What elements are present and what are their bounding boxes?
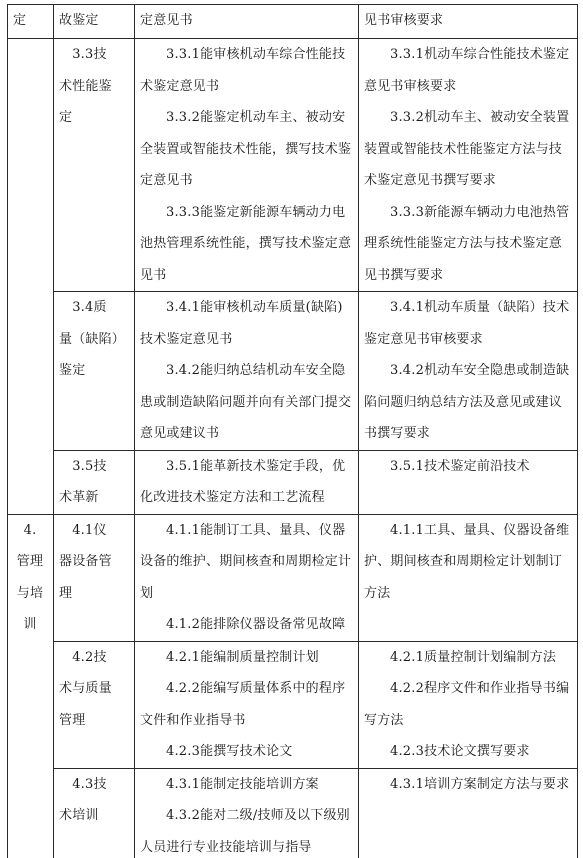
skill-item: 3.3.1能审核机动车综合性能技术鉴定意见书: [140, 39, 353, 102]
knowledge-item: 3.4.1机动车质量（缺陷）技术鉴定意见书审核要求: [364, 292, 572, 355]
skill-item: 4.1.2能排除仪器设备常见故障: [140, 609, 353, 641]
knowledge-item: 4.2.2程序文件和作业指导书编写方法: [364, 673, 572, 736]
unit-cell: 4.3技 术培训: [54, 768, 135, 858]
skills-cell: 4.2.1能编制质量控制计划 4.2.2能编写质量体系中的程序文件和作业指导书 …: [135, 641, 359, 768]
knowledge-cell: 3.3.1机动车综合性能技术鉴定意见书审核要求 3.3.2机动车主、被动安全装置…: [359, 39, 578, 292]
skills-cell: 4.3.1能制定技能培训方案 4.3.2能对二级/技师及以下级别人员进行专业技能…: [135, 768, 359, 858]
knowledge-cell: 3.5.1技术鉴定前沿技术: [359, 450, 578, 514]
header-cell-unit: 故鉴定: [54, 5, 135, 39]
table-row: 4. 管理 与培 训 4.1仪 器设备管 理 4.1.1能制订工具、量具、仪器设…: [8, 514, 578, 641]
skill-item: 4.2.3能撰写技术论文: [140, 736, 353, 768]
unit-line: 鉴定: [59, 355, 129, 387]
knowledge-item: 3.5.1技术鉴定前沿技术: [364, 451, 572, 483]
knowledge-cell: 4.3.1培训方案制定方法与要求: [359, 768, 578, 858]
table-row: 3.3技 术性能鉴 定 3.3.1能审核机动车综合性能技术鉴定意见书 3.3.2…: [8, 39, 578, 292]
unit-line: 4.1仪: [59, 515, 129, 547]
unit-line: 术性能鉴: [59, 71, 129, 103]
knowledge-item: 3.4.2机动车安全隐患或制造缺陷问题归纳总结方法及意见或建议书撰写要求: [364, 355, 572, 450]
unit-cell: 4.2技 术与质量 管理: [54, 641, 135, 768]
skill-item: 3.3.3能鉴定新能源车辆动力电池热管理系统性能，撰写技术鉴定意见书: [140, 197, 353, 292]
skills-cell: 3.3.1能审核机动车综合性能技术鉴定意见书 3.3.2能鉴定机动车主、被动安全…: [135, 39, 359, 292]
table-row: 4.2技 术与质量 管理 4.2.1能编制质量控制计划 4.2.2能编写质量体系…: [8, 641, 578, 768]
function-cell-3: [8, 39, 54, 515]
unit-line: 4.3技: [59, 769, 129, 801]
skill-item: 3.3.2能鉴定机动车主、被动安全装置或智能技术性能，撰写技术鉴定意见书: [140, 102, 353, 197]
unit-line: 3.3技: [59, 39, 129, 71]
unit-line: 4.2技: [59, 642, 129, 674]
unit-line: 术与质量: [59, 673, 129, 705]
skills-cell: 4.1.1能制订工具、量具、仪器设备的维护、期间核查和周期检定计划 4.1.2能…: [135, 514, 359, 641]
table-row: 4.3技 术培训 4.3.1能制定技能培训方案 4.3.2能对二级/技师及以下级…: [8, 768, 578, 858]
knowledge-item: 3.3.1机动车综合性能技术鉴定意见书审核要求: [364, 39, 572, 102]
knowledge-item: 4.2.3技术论文撰写要求: [364, 736, 572, 768]
header-cell-function: 定: [8, 5, 54, 39]
unit-line: 术革新: [59, 482, 129, 514]
knowledge-item: 3.3.2机动车主、被动安全装置装置或智能技术性能鉴定方法与技术鉴定意见书撰写要…: [364, 102, 572, 197]
skill-item: 4.3.2能对二级/技师及以下级别人员进行专业技能培训与指导: [140, 800, 353, 858]
unit-line: 术培训: [59, 800, 129, 832]
skill-item: 4.3.1能制定技能培训方案: [140, 769, 353, 801]
unit-cell: 3.3技 术性能鉴 定: [54, 39, 135, 292]
unit-line: 管理: [59, 705, 129, 737]
skill-item: 3.4.1能审核机动车质量(缺陷)技术鉴定意见书: [140, 292, 353, 355]
knowledge-item: 4.2.1质量控制计划编制方法: [364, 642, 572, 674]
function-line: 训: [12, 609, 48, 641]
function-line: 与培: [12, 578, 48, 610]
function-cell-4: 4. 管理 与培 训: [8, 514, 54, 858]
unit-cell: 3.5技 术革新: [54, 450, 135, 514]
skill-item: 4.2.1能编制质量控制计划: [140, 642, 353, 674]
unit-cell: 3.4质 量（缺陷） 鉴定: [54, 292, 135, 451]
knowledge-cell: 4.2.1质量控制计划编制方法 4.2.2程序文件和作业指导书编写方法 4.2.…: [359, 641, 578, 768]
header-cell-knowledge: 见书审核要求: [359, 5, 578, 39]
unit-line: 定: [59, 102, 129, 134]
table-row: 3.5技 术革新 3.5.1能革新技术鉴定手段，优化改进技术鉴定方法和工艺流程 …: [8, 450, 578, 514]
knowledge-item: 4.3.1培训方案制定方法与要求: [364, 769, 572, 801]
unit-line: 量（缺陷）: [59, 324, 129, 356]
function-line: 管理: [12, 546, 48, 578]
table-row: 3.4质 量（缺陷） 鉴定 3.4.1能审核机动车质量(缺陷)技术鉴定意见书 3…: [8, 292, 578, 451]
standards-table: 定 故鉴定 定意见书 见书审核要求 3.3技 术性能鉴 定 3.3.1能审核机动…: [7, 4, 578, 858]
header-cell-skills: 定意见书: [135, 5, 359, 39]
skills-cell: 3.5.1能革新技术鉴定手段，优化改进技术鉴定方法和工艺流程: [135, 450, 359, 514]
skill-item: 4.2.2能编写质量体系中的程序文件和作业指导书: [140, 673, 353, 736]
unit-line: 3.5技: [59, 451, 129, 483]
skill-item: 4.1.1能制订工具、量具、仪器设备的维护、期间核查和周期检定计划: [140, 515, 353, 610]
skills-cell: 3.4.1能审核机动车质量(缺陷)技术鉴定意见书 3.4.2能归纳总结机动车安全…: [135, 292, 359, 451]
unit-cell: 4.1仪 器设备管 理: [54, 514, 135, 641]
unit-line: 3.4质: [59, 292, 129, 324]
function-line: 4.: [12, 515, 48, 547]
unit-line: 器设备管: [59, 546, 129, 578]
table-header-row: 定 故鉴定 定意见书 见书审核要求: [8, 5, 578, 39]
knowledge-cell: 4.1.1工具、量具、仪器设备维护、期间核查和周期检定计划制订方法: [359, 514, 578, 641]
knowledge-item: 3.3.3新能源车辆动力电池热管理系统性能鉴定方法与技术鉴定意见书撰写要求: [364, 197, 572, 292]
knowledge-item: 4.1.1工具、量具、仪器设备维护、期间核查和周期检定计划制订方法: [364, 515, 572, 610]
skill-item: 3.5.1能革新技术鉴定手段，优化改进技术鉴定方法和工艺流程: [140, 451, 353, 514]
skill-item: 3.4.2能归纳总结机动车安全隐患或制造缺陷问题并向有关部门提交意见或建议书: [140, 355, 353, 450]
unit-line: 理: [59, 578, 129, 610]
knowledge-cell: 3.4.1机动车质量（缺陷）技术鉴定意见书审核要求 3.4.2机动车安全隐患或制…: [359, 292, 578, 451]
